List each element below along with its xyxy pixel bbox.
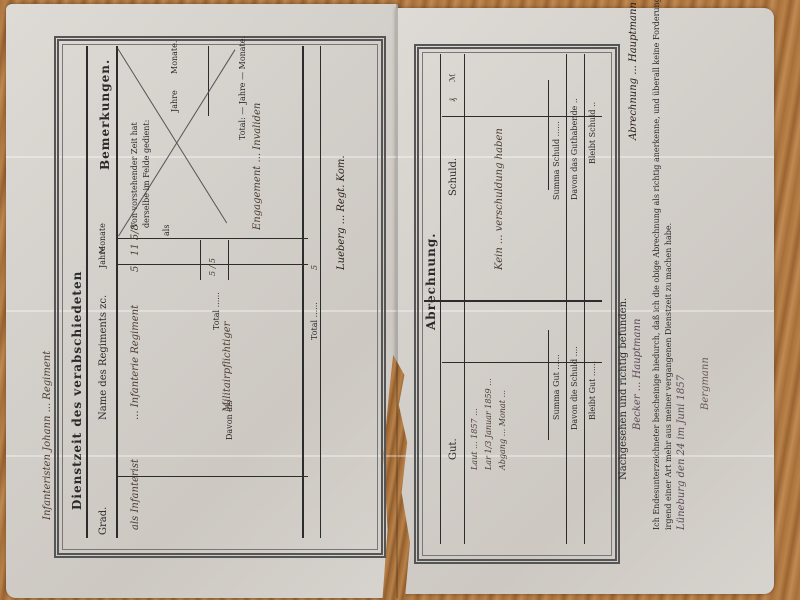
davon-guthabende-label: Davon das Guthabende .. (570, 98, 579, 200)
declaration-line-1: Ich Endesunterzeichneter bescheinige hie… (652, 10, 661, 530)
column-header-regiment: Name des Regiments zc. (98, 295, 109, 420)
right-page-title: Abrechnung. (424, 233, 438, 330)
bleibt-schuld-label: Bleibt Schuld .. (588, 102, 597, 164)
gut-row-1: Laut ... 1857 ... (470, 408, 479, 470)
summa-schuld-label: Summa Schuld ...... (552, 121, 561, 200)
left-page-title: Dienstzeit des verabschiedeten (70, 271, 84, 510)
remarks-total: Total: — Jahre — Monate. (238, 36, 247, 140)
top-right-signature: Abrechnung ... Hauptmann Chef (628, 0, 639, 140)
place-date: Lüneburg den 24 im Juni 1857 (676, 375, 687, 530)
column-header-monate: Monate (98, 223, 107, 254)
column-header-grad: Grad. (98, 507, 109, 535)
jahre-value: 5 (130, 266, 141, 272)
verified-text: Nachgesehen und richtig befunden. (618, 298, 629, 480)
bleibt-gut-label: Bleibt Gut ...... (588, 361, 597, 420)
center-fold (396, 4, 398, 598)
column-header-schuld: Schuld. (448, 158, 459, 196)
title-handwritten: Infanteristen Johann ... Regiment (42, 351, 53, 520)
remarks-printed-1: Von vorstehender Zeit hat (130, 122, 139, 228)
schuld-row-1: Kein ... verschuldung haben (494, 128, 505, 270)
column-header-bemerkungen: Bemerkungen. (98, 59, 112, 170)
total-jahre-2: 5 (310, 265, 319, 270)
regiment-value: ... Infanterie Regiment (130, 305, 141, 420)
total-label-2: Total ...... (310, 302, 319, 340)
monate-value: 11 5/8 (130, 224, 141, 256)
verified-signature: Becker ... Hauptmann (632, 319, 643, 430)
davon-schuld-label: Davon die Schuld .... (570, 346, 579, 430)
total-jahre-1: 5 / 5 (208, 258, 217, 276)
remarks-printed-2: derselbe im Felde gedient: (142, 120, 151, 228)
column-thaler: ₰ (448, 98, 457, 102)
column-groschen: ℳ (448, 73, 457, 82)
gut-row-2: Lar 1/3 Januar 1859 ... (484, 378, 493, 470)
remarks-handwritten: Engagement ... Invaliden (252, 103, 263, 230)
column-header-gut: Gut. (448, 438, 459, 460)
grad-value: als Infanterist (130, 459, 141, 530)
total-label-1: Total ...... (212, 292, 221, 330)
davon-als-value: Militairpflichtiger (222, 322, 233, 412)
declaration-line-2: irgend einer Art mehr aus meiner vergang… (664, 223, 673, 530)
remarks-als: als (162, 225, 171, 236)
remarks-monate: Monate. (170, 41, 179, 74)
remarks-jahre: Jahre (170, 90, 179, 112)
bottom-signature: Bergmann (700, 357, 711, 410)
regiment-commander-signature: Lueberg ... Regt. Kom. (336, 155, 347, 270)
summa-gut-label: Summa Gut ...... (552, 354, 561, 420)
gut-row-3: Abgang ... Monat ... (498, 390, 507, 470)
